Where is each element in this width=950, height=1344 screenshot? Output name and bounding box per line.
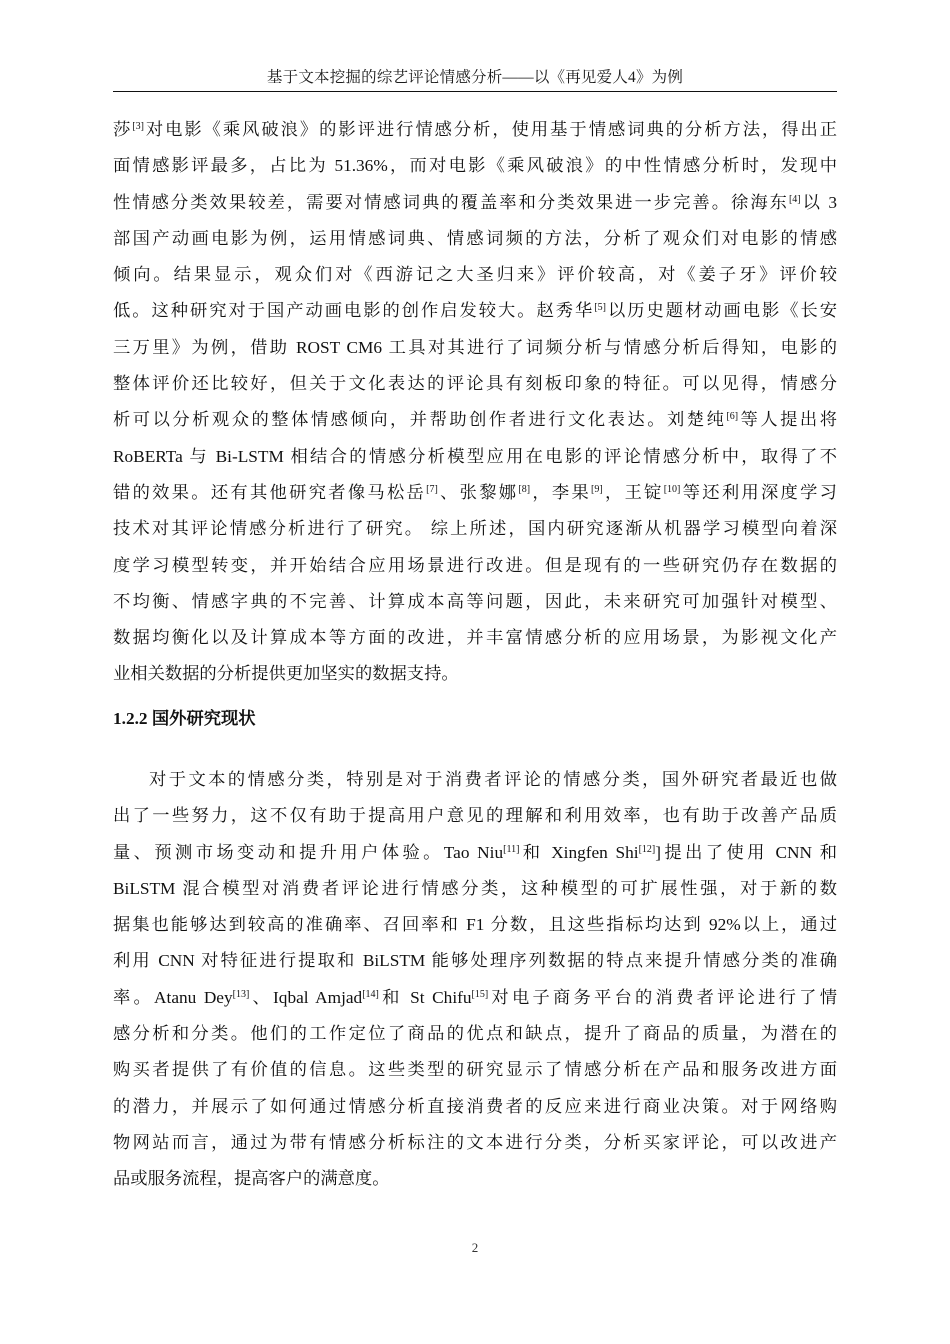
text-line: 率。Atanu Dey[13]、Iqbal Amjad[14]和 St Chif…	[113, 980, 837, 1016]
text-line: RoBERTa 与 Bi-LSTM 相结合的情感分析模型应用在电影的评论情感分析…	[113, 439, 837, 475]
citation-reference: [11]	[503, 844, 519, 855]
text-line: 不均衡、情感字典的不完善、计算成本高等问题，因此，未来研究可加强针对模型、	[113, 584, 837, 620]
citation-reference: [14]	[362, 989, 379, 1000]
text-segment: 和 St Chifu	[379, 988, 472, 1007]
text-line: 面情感影评最多，占比为 51.36%，而对电影《乘风破浪》的中性情感分析时，发现…	[113, 148, 837, 184]
text-segment: 面情感影评最多，占比为 51.36%，而对电影《乘风破浪》的中性情感分析时，发现…	[113, 156, 837, 175]
text-line: 出了一些努力，这不仅有助于提高用户意见的理解和利用效率，也有助于改善产品质	[113, 798, 837, 834]
text-line: 部国产动画电影为例，运用情感词典、情感词频的方法，分析了观众们对电影的情感	[113, 221, 837, 257]
text-segment: 对于文本的情感分类，特别是对于消费者评论的情感分类，国外研究者最近也做	[149, 770, 837, 789]
citation-reference: [12]	[639, 844, 656, 855]
text-segment: 等还利用深度学习	[680, 483, 837, 502]
text-segment: 率。Atanu Dey	[113, 988, 233, 1007]
text-line: 整体评价还比较好，但关于文化表达的评论具有刻板印象的特征。可以见得，情感分	[113, 366, 837, 402]
text-segment: BiLSTM 混合模型对消费者评论进行情感分类，这种模型的可扩展性强，对于新的数	[113, 879, 837, 898]
text-line: 感分析和分类。他们的工作定位了商品的优点和缺点，提升了商品的质量，为潜在的	[113, 1016, 837, 1052]
text-line: 析可以分析观众的整体情感倾向，并帮助创作者进行文化表达。刘楚纯[6]等人提出将	[113, 402, 837, 438]
text-segment: ]提出了使用 CNN 和	[655, 843, 837, 862]
text-segment: 和 Xingfen Shi	[519, 843, 638, 862]
citation-reference: [9]	[591, 484, 603, 495]
text-segment: 性情感分类效果较差，需要对情感词典的覆盖率和分类效果进一步完善。徐海东	[113, 193, 789, 212]
text-segment: 业相关数据的分析提供更加坚实的数据支持。	[113, 664, 459, 683]
citation-reference: [4]	[789, 194, 801, 205]
text-line: 三万里》为例，借助 ROST CM6 工具对其进行了词频分析与情感分析后得知，电…	[113, 330, 837, 366]
text-segment: 物网站而言，通过为带有情感分析标注的文本进行分类，分析买家评论，可以改进产	[113, 1133, 837, 1152]
text-line: 利用 CNN 对特征进行提取和 BiLSTM 能够处理序列数据的特点来提升情感分…	[113, 943, 837, 979]
section-heading-1-2-2: 1.2.2 国外研究现状	[113, 707, 256, 731]
text-line: 品或服务流程，提高客户的满意度。	[113, 1161, 837, 1197]
text-segment: 出了一些努力，这不仅有助于提高用户意见的理解和利用效率，也有助于改善产品质	[113, 806, 837, 825]
citation-reference: [5]	[594, 302, 606, 313]
text-line: 对于文本的情感分类，特别是对于消费者评论的情感分类，国外研究者最近也做	[113, 762, 837, 798]
text-line: 量、预测市场变动和提升用户体验。Tao Niu[11]和 Xingfen Shi…	[113, 835, 837, 871]
citation-reference: [3]	[132, 121, 144, 132]
text-segment: 错的效果。还有其他研究者像马松岳	[113, 483, 426, 502]
text-line: 购买者提供了有价值的信息。这些类型的研究显示了情感分析在产品和服务改进方面	[113, 1052, 837, 1088]
citation-reference: [13]	[233, 989, 250, 1000]
running-header: 基于文本挖掘的综艺评论情感分析——以《再见爱人4》为例	[113, 68, 837, 88]
text-segment: ，王锭	[603, 483, 664, 502]
text-line: 度学习模型转变，并开始结合应用场景进行改进。但是现有的一些研究仍存在数据的	[113, 548, 837, 584]
text-segment: 、Iqbal Amjad	[249, 988, 362, 1007]
text-line: 物网站而言，通过为带有情感分析标注的文本进行分类，分析买家评论，可以改进产	[113, 1125, 837, 1161]
text-segment: 技术对其评论情感分析进行了研究。 综上所述，国内研究逐渐从机器学习模型向着深	[113, 519, 837, 538]
citation-reference: [10]	[664, 484, 681, 495]
citation-reference: [6]	[726, 411, 738, 422]
paragraph-foreign-research: 对于文本的情感分类，特别是对于消费者评论的情感分类，国外研究者最近也做出了一些努…	[113, 762, 837, 1198]
text-line: 业相关数据的分析提供更加坚实的数据支持。	[113, 656, 837, 692]
paragraph-domestic-research-continued: 莎[3]对电影《乘风破浪》的影评进行情感分析，使用基于情感词典的分析方法，得出正…	[113, 112, 837, 693]
text-segment: 的潜力，并展示了如何通过情感分析直接消费者的反应来进行商业决策。对于网络购	[113, 1097, 837, 1116]
text-line: 性情感分类效果较差，需要对情感词典的覆盖率和分类效果进一步完善。徐海东[4]以 …	[113, 185, 837, 221]
text-line: BiLSTM 混合模型对消费者评论进行情感分类，这种模型的可扩展性强，对于新的数	[113, 871, 837, 907]
text-segment: 部国产动画电影为例，运用情感词典、情感词频的方法，分析了观众们对电影的情感	[113, 229, 837, 248]
text-segment: 不均衡、情感字典的不完善、计算成本高等问题，因此，未来研究可加强针对模型、	[113, 592, 837, 611]
text-segment: 以 3	[801, 193, 837, 212]
text-segment: 据集也能够达到较高的准确率、召回率和 F1 分数，且这些指标均达到 92%以上，…	[113, 915, 837, 934]
text-segment: 以历史题材动画电影《长安	[606, 301, 837, 320]
citation-reference: [7]	[426, 484, 438, 495]
text-line: 据集也能够达到较高的准确率、召回率和 F1 分数，且这些指标均达到 92%以上，…	[113, 907, 837, 943]
text-segment: 整体评价还比较好，但关于文化表达的评论具有刻板印象的特征。可以见得，情感分	[113, 374, 837, 393]
text-segment: 对电子商务平台的消费者评论进行了情	[488, 988, 837, 1007]
text-segment: 数据均衡化以及计算成本等方面的改进，并丰富情感分析的应用场景，为影视文化产	[113, 628, 837, 647]
text-segment: 利用 CNN 对特征进行提取和 BiLSTM 能够处理序列数据的特点来提升情感分…	[113, 951, 837, 970]
text-segment: 等人提出将	[738, 410, 837, 429]
text-line: 数据均衡化以及计算成本等方面的改进，并丰富情感分析的应用场景，为影视文化产	[113, 620, 837, 656]
text-segment: 度学习模型转变，并开始结合应用场景进行改进。但是现有的一些研究仍存在数据的	[113, 556, 837, 575]
text-segment: RoBERTa 与 Bi-LSTM 相结合的情感分析模型应用在电影的评论情感分析…	[113, 447, 837, 466]
document-page: 基于文本挖掘的综艺评论情感分析——以《再见爱人4》为例 莎[3]对电影《乘风破浪…	[0, 0, 950, 1344]
text-segment: 对电影《乘风破浪》的影评进行情感分析，使用基于情感词典的分析方法，得出正	[144, 120, 837, 139]
text-segment: 倾向。结果显示，观众们对《西游记之大圣归来》评价较高，对《姜子牙》评价较	[113, 265, 837, 284]
text-line: 错的效果。还有其他研究者像马松岳[7]、张黎娜[8]，李果[9]，王锭[10]等…	[113, 475, 837, 511]
text-segment: 莎	[113, 120, 132, 139]
text-segment: 感分析和分类。他们的工作定位了商品的优点和缺点，提升了商品的质量，为潜在的	[113, 1024, 837, 1043]
text-line: 技术对其评论情感分析进行了研究。 综上所述，国内研究逐渐从机器学习模型向着深	[113, 511, 837, 547]
text-segment: 量、预测市场变动和提升用户体验。Tao Niu	[113, 843, 503, 862]
header-rule	[113, 91, 837, 92]
text-segment: 、张黎娜	[438, 483, 519, 502]
text-segment: ，李果	[530, 483, 591, 502]
citation-reference: [8]	[518, 484, 530, 495]
text-segment: 低。这种研究对于国产动画电影的创作启发较大。赵秀华	[113, 301, 594, 320]
text-segment: 购买者提供了有价值的信息。这些类型的研究显示了情感分析在产品和服务改进方面	[113, 1060, 837, 1079]
page-number: 2	[0, 1240, 950, 1256]
text-line: 的潜力，并展示了如何通过情感分析直接消费者的反应来进行商业决策。对于网络购	[113, 1089, 837, 1125]
text-segment: 品或服务流程，提高客户的满意度。	[113, 1169, 390, 1188]
citation-reference: [15]	[472, 989, 489, 1000]
text-segment: 三万里》为例，借助 ROST CM6 工具对其进行了词频分析与情感分析后得知，电…	[113, 338, 837, 357]
text-segment: 析可以分析观众的整体情感倾向，并帮助创作者进行文化表达。刘楚纯	[113, 410, 726, 429]
text-line: 倾向。结果显示，观众们对《西游记之大圣归来》评价较高，对《姜子牙》评价较	[113, 257, 837, 293]
text-line: 低。这种研究对于国产动画电影的创作启发较大。赵秀华[5]以历史题材动画电影《长安	[113, 293, 837, 329]
text-line: 莎[3]对电影《乘风破浪》的影评进行情感分析，使用基于情感词典的分析方法，得出正	[113, 112, 837, 148]
